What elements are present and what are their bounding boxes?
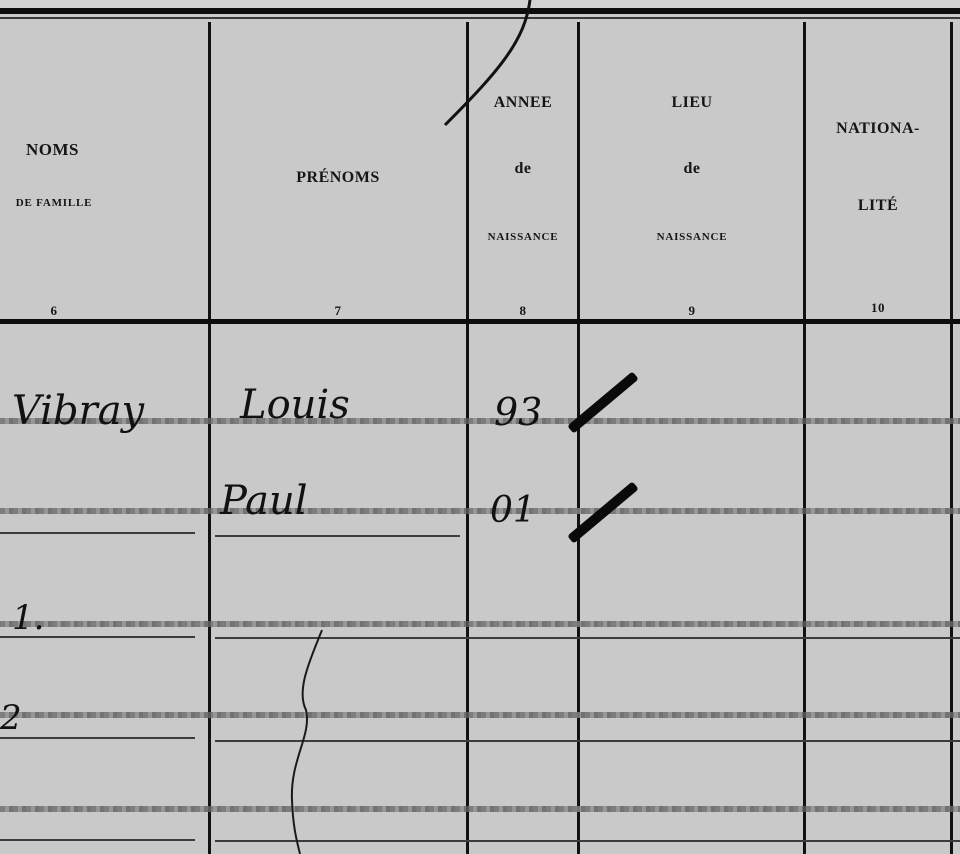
pen-strokes bbox=[0, 0, 960, 854]
census-page: NOMS DE FAMILLE 6 PRÉNOMS 7 ANNEE de NAI… bbox=[0, 0, 960, 854]
